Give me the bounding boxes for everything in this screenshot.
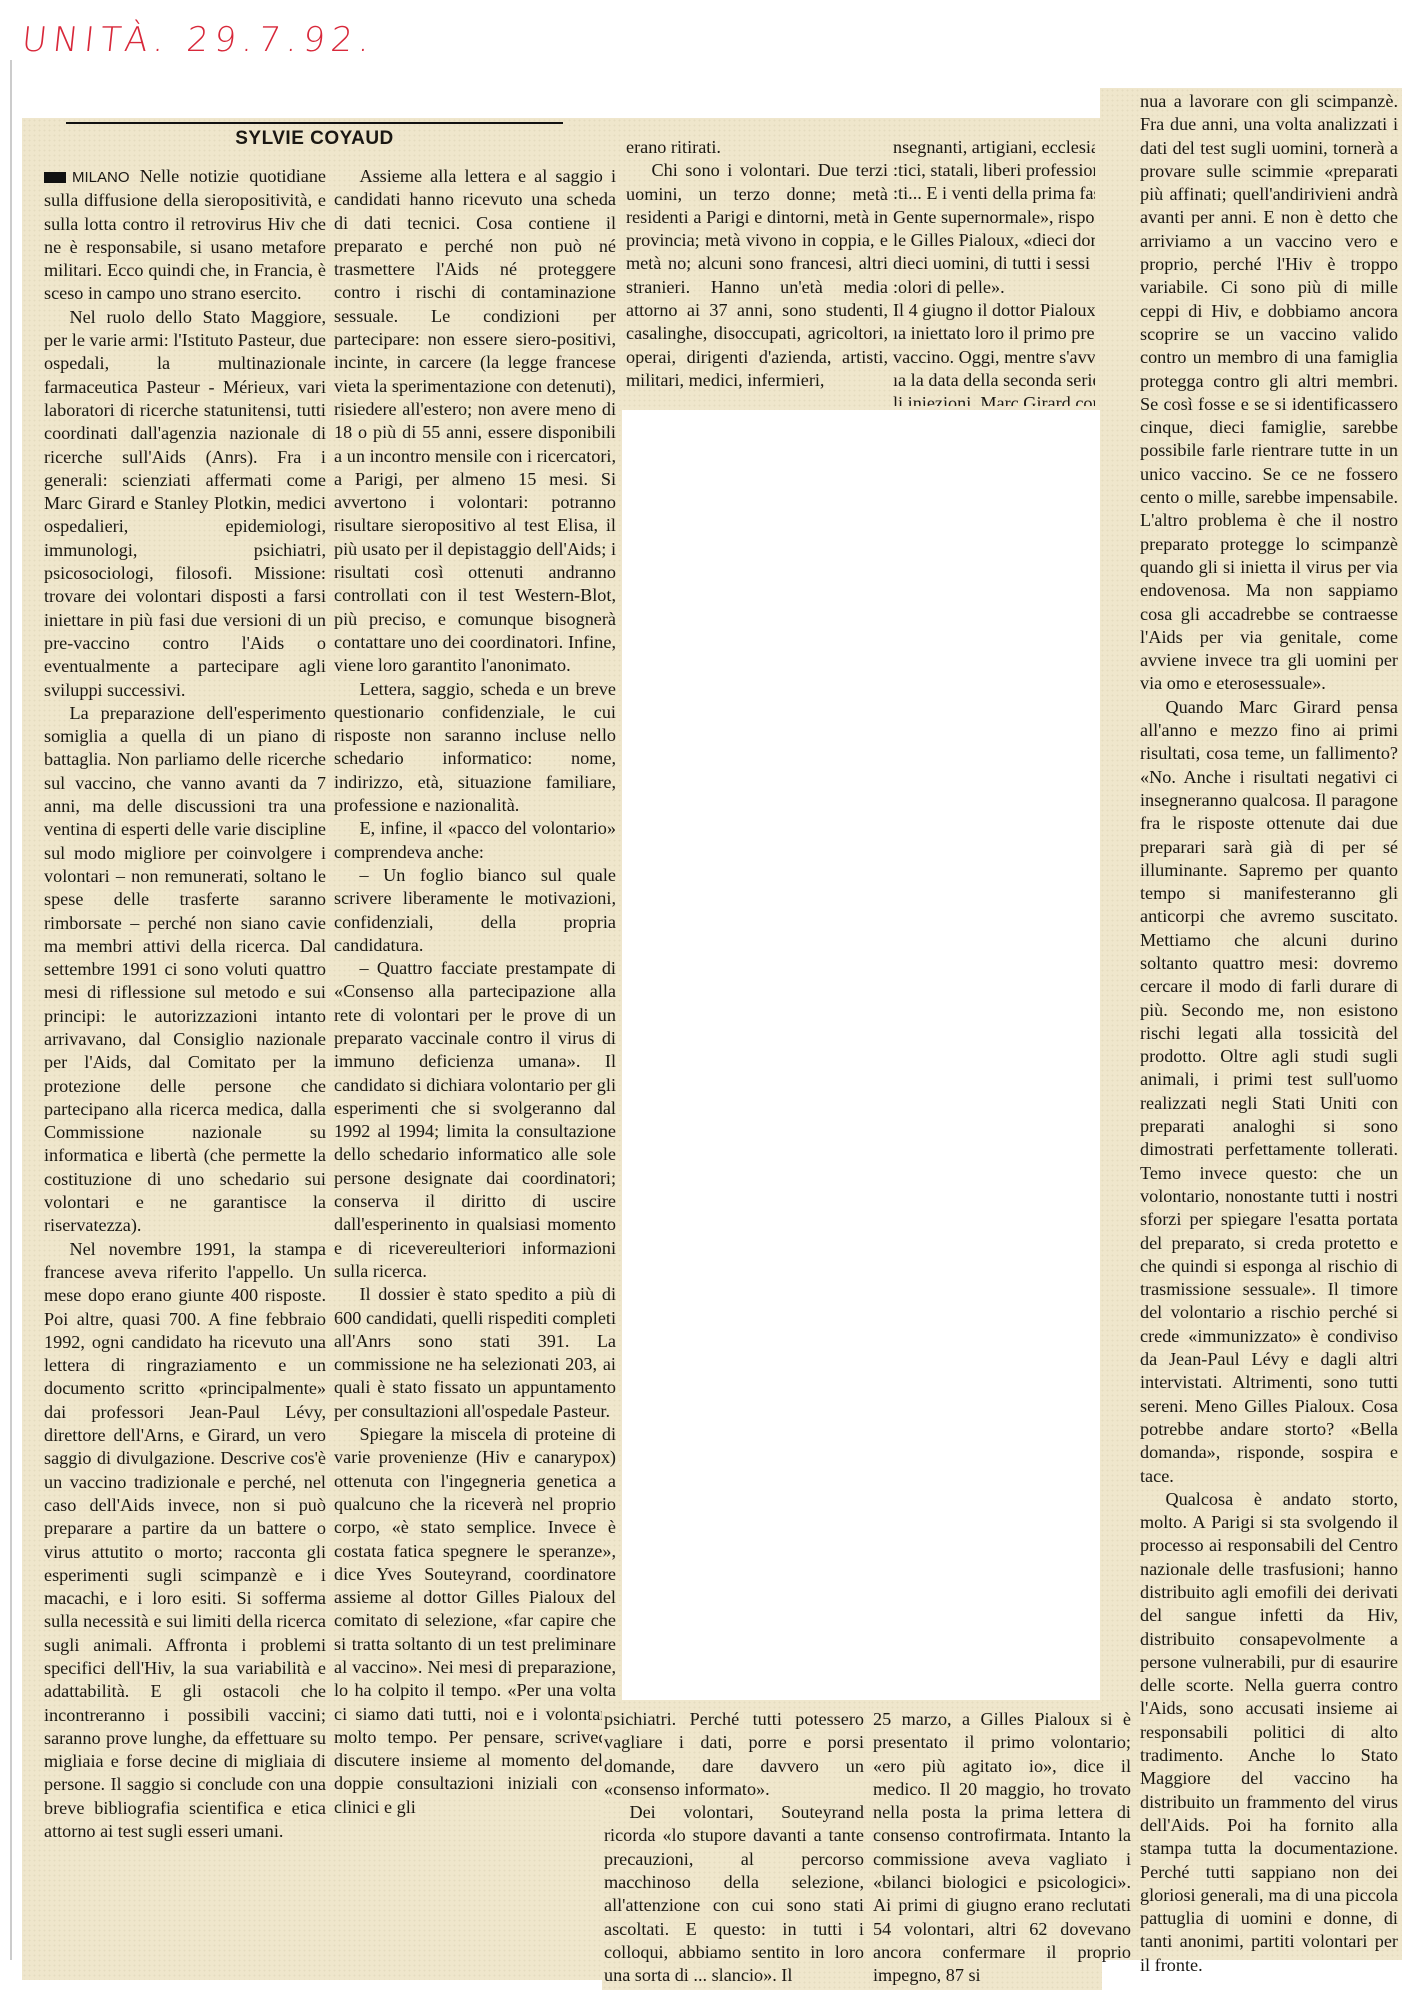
dateline: MILANO: [72, 169, 130, 186]
paragraph: Spiegare la miscela di proteine di varie…: [334, 1423, 616, 1819]
paragraph: La preparazione dell'esperimento somigli…: [44, 702, 326, 1238]
dateline-marker-icon: [44, 172, 66, 183]
text-line: :ti... E i venti della prima fase?: [893, 182, 1095, 205]
text-line: Gente supernormale», rispon-: [893, 206, 1095, 229]
paragraph: Chi sono i volontari. Due terzi uomini, …: [626, 159, 888, 392]
paragraph: Nel ruolo dello Stato Maggiore, per le v…: [44, 306, 326, 702]
paragraph: 25 marzo, a Gilles Pialoux si è presenta…: [873, 1708, 1131, 1988]
text-line: li iniezioni, Marc Girard conti-: [893, 392, 1095, 406]
byline-rule: [66, 122, 563, 124]
paragraph: Assieme alla lettera e al saggio i candi…: [334, 165, 616, 678]
paragraph: Qualcosa è andato storto, molto. A Parig…: [1140, 1488, 1398, 1977]
lead-paragraph: MILANO Nelle notizie quotidiane sulla di…: [44, 165, 326, 306]
text-line: vaccino. Oggi, mentre s'avvici-: [893, 346, 1095, 369]
column-3-top: erano ritirati. Chi sono i volontari. Du…: [626, 136, 888, 392]
handwritten-annotation: UNITÀ. 29.7.92.: [20, 20, 378, 60]
paragraph: Lettera, saggio, scheda e un breve quest…: [334, 678, 616, 818]
text-line: ıa iniettato loro il primo pre-: [893, 322, 1095, 345]
column-4-bottom: 25 marzo, a Gilles Pialoux si è presenta…: [873, 1708, 1131, 1988]
column-1: MILANO Nelle notizie quotidiane sulla di…: [44, 165, 326, 1843]
column-4-top: nsegnanti, artigiani, ecclesia- :tici, s…: [893, 136, 1095, 406]
paragraph: Nel novembre 1991, la stampa francese av…: [44, 1238, 326, 1844]
byline: SYLVIE COYAUD: [66, 128, 563, 150]
text-line: le Gilles Pialoux, «dieci donne: [893, 229, 1095, 252]
paragraph: Quando Marc Girard pensa all'anno e mezz…: [1140, 696, 1398, 1488]
text-line: ıa la data della seconda serie: [893, 369, 1095, 392]
page-edge: [10, 60, 12, 1960]
paragraph: psichiatri. Perché tutti potessero vagli…: [604, 1708, 864, 1801]
paragraph: Dei volontari, Souteyrand ricorda «lo st…: [604, 1801, 864, 1987]
paragraph: erano ritirati.: [626, 136, 888, 159]
paragraph: – Quattro facciate prestampate di «Conse…: [334, 957, 616, 1283]
paragraph: Il dossier è stato spedito a più di 600 …: [334, 1283, 616, 1423]
column-2: Assieme alla lettera e al saggio i candi…: [334, 165, 616, 1819]
text-line: nsegnanti, artigiani, ecclesia-: [893, 136, 1095, 159]
paragraph: E, infine, il «pacco del volontario» com…: [334, 817, 616, 864]
text-line: :tici, statali, liberi professioni-: [893, 159, 1095, 182]
paragraph: nua a lavorare con gli scimpanzè. Fra du…: [1140, 90, 1398, 696]
text-line: Il 4 giugno il dottor Pialoux: [893, 299, 1095, 322]
text-line: :olori di pelle».: [893, 276, 1005, 299]
paragraph: – Un foglio bianco sul quale scrivere li…: [334, 864, 616, 957]
column-3-bottom: psichiatri. Perché tutti potessero vagli…: [604, 1708, 864, 1988]
text-line: dieci uomini, di tutti i sessi e: [893, 252, 1095, 275]
column-5: nua a lavorare con gli scimpanzè. Fra du…: [1140, 90, 1398, 1977]
